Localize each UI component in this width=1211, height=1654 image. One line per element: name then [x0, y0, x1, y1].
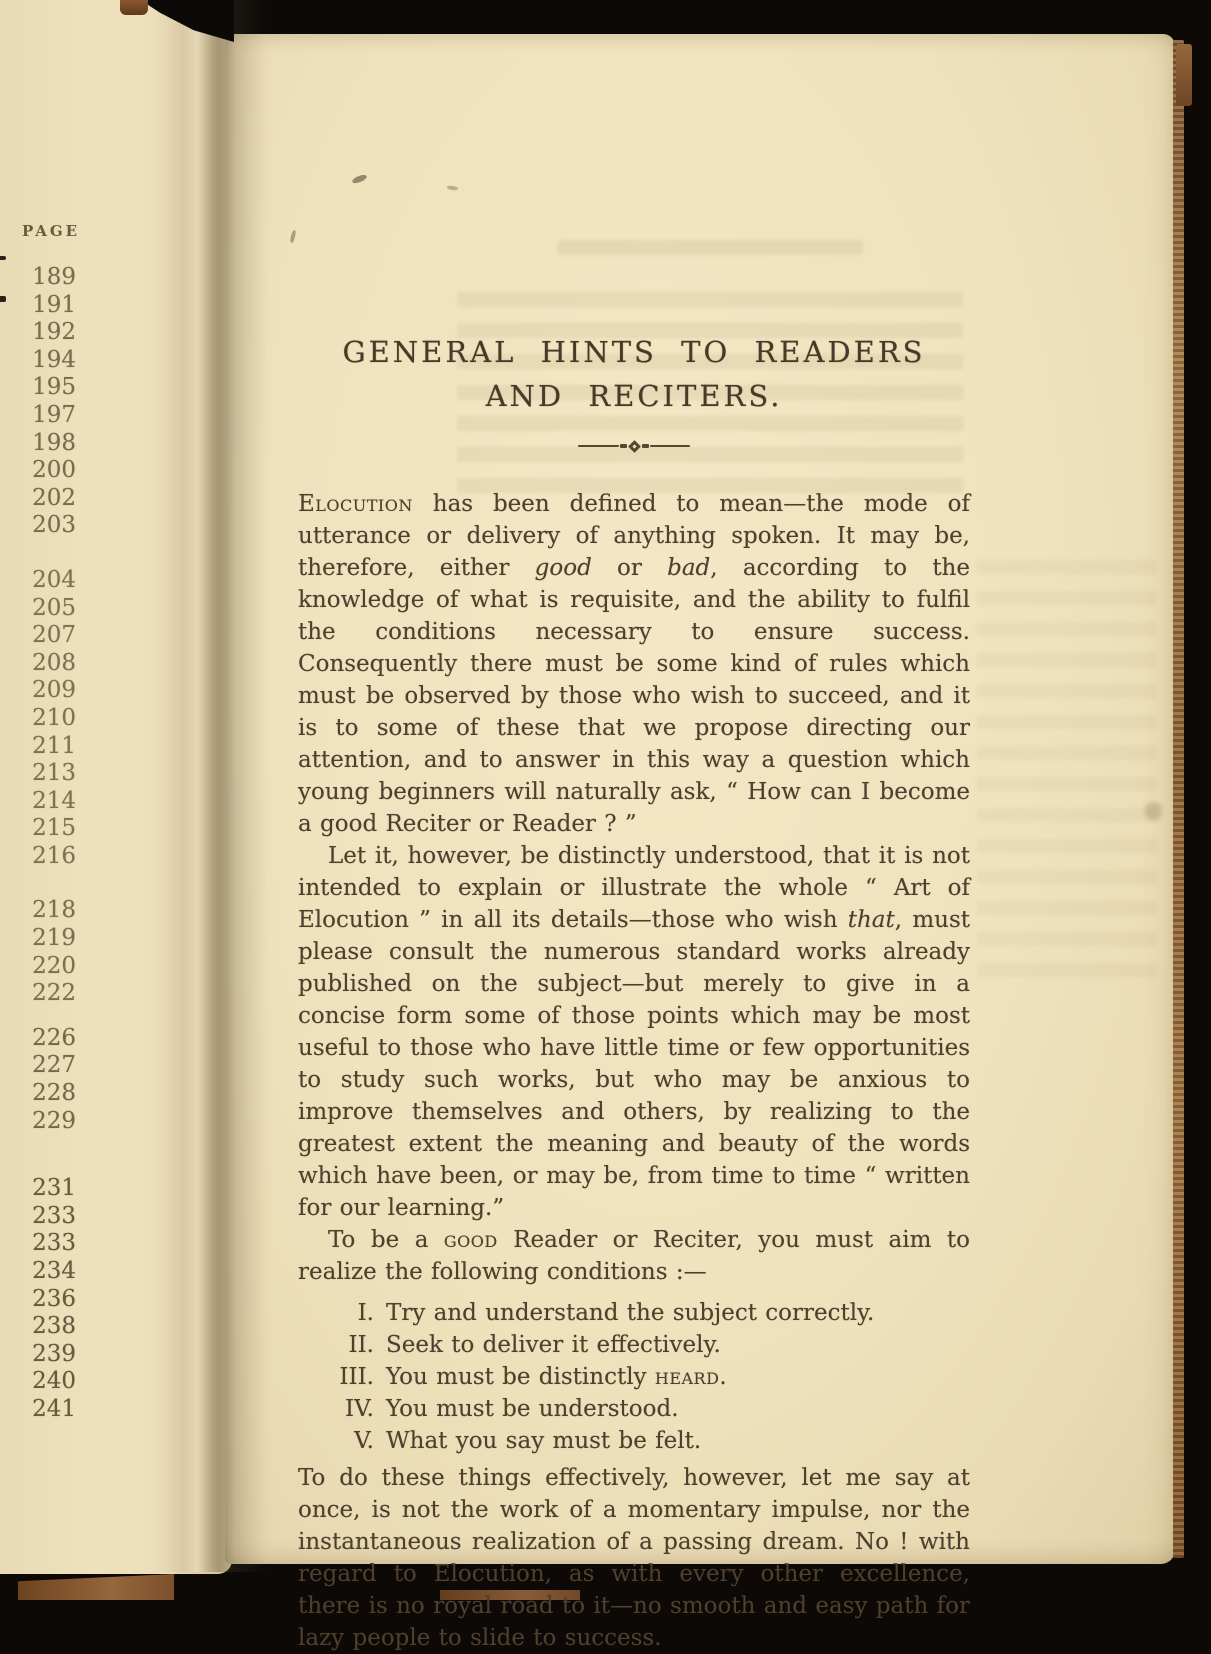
toc-page-number: 220	[14, 953, 76, 981]
toc-page-number: 209	[14, 677, 76, 705]
page-edge-tick	[0, 296, 6, 302]
ink-speck	[1145, 802, 1162, 820]
article-body: Elocution has been defined to mean—the m…	[298, 488, 970, 1600]
page-fore-edge	[1173, 40, 1184, 1558]
toc-page-number: 233	[14, 1203, 76, 1231]
list-item: I.Try and understand the subject correct…	[298, 1297, 970, 1329]
paragraph: Let it, however, be distinctly understoo…	[298, 840, 970, 1224]
list-item: II.Seek to deliver it effectively.	[298, 1329, 970, 1361]
list-item-text: Try and understand the subject correctly…	[386, 1297, 970, 1329]
text-run: To be a	[328, 1227, 444, 1253]
toc-page-number: 236	[14, 1286, 76, 1314]
book-photo: PAGE 18919119219419519719820020220320420…	[0, 0, 1211, 1600]
paragraph: To do these things effectively, however,…	[298, 1462, 970, 1600]
divider-dot	[642, 444, 649, 448]
ink-speck	[289, 230, 296, 244]
page-content: GENERAL HINTS TO READERS AND RECITERS. E…	[298, 330, 970, 1600]
toc-page-number: 208	[14, 650, 76, 678]
toc-page-number: 229	[14, 1108, 76, 1136]
toc-page-number: 238	[14, 1313, 76, 1341]
toc-page-header: PAGE	[22, 222, 80, 240]
toc-page-number: 228	[14, 1080, 76, 1108]
page-title: GENERAL HINTS TO READERS AND RECITERS.	[298, 330, 970, 418]
page-title-line2: AND RECITERS.	[298, 374, 970, 418]
toc-page-number: 219	[14, 925, 76, 953]
toc-page-number: 197	[14, 402, 76, 430]
left-page: PAGE 18919119219419519719820020220320420…	[0, 0, 232, 1574]
wood-table-edge	[18, 1574, 174, 1600]
toc-page-number: 239	[14, 1341, 76, 1369]
list-numeral: II.	[298, 1329, 386, 1361]
toc-page-number: 231	[14, 1175, 76, 1203]
diamond-ornament-icon	[628, 440, 641, 453]
list-item-text: Seek to deliver it effectively.	[386, 1329, 970, 1361]
toc-page-number: 222	[14, 980, 76, 1008]
list-numeral: V.	[298, 1425, 386, 1457]
divider-rule	[650, 445, 691, 447]
list-numeral: I.	[298, 1297, 386, 1329]
toc-page-number: 189	[14, 264, 76, 292]
toc-group: 218219220222	[14, 897, 76, 1007]
page-title-line1: GENERAL HINTS TO READERS	[298, 330, 970, 374]
text-run: You must be distinctly	[386, 1364, 655, 1390]
toc-number-column: 1891911921941951971982002022032042052072…	[14, 264, 76, 1424]
divider-rule	[578, 445, 619, 447]
text-run: You must be understood.	[386, 1396, 679, 1422]
page-edge-tick	[0, 256, 6, 260]
list-numeral: III.	[298, 1361, 386, 1393]
toc-page-number: 191	[14, 292, 76, 320]
show-through-ghost	[977, 560, 1157, 990]
toc-page-number: 234	[14, 1258, 76, 1286]
toc-page-number: 227	[14, 1052, 76, 1080]
toc-group: 226227228229	[14, 1025, 76, 1135]
toc-page-number: 202	[14, 485, 76, 513]
text-run: good	[535, 555, 592, 581]
list-item-text: You must be understood.	[386, 1393, 970, 1425]
toc-page-number: 198	[14, 430, 76, 458]
text-run: To do these things effectively, however,…	[298, 1465, 970, 1600]
text-run: What you say must be felt.	[386, 1428, 701, 1454]
text-run: bad	[667, 555, 710, 581]
list-item: IV.You must be understood.	[298, 1393, 970, 1425]
toc-page-number: 214	[14, 788, 76, 816]
toc-page-number: 226	[14, 1025, 76, 1053]
text-run: , must please consult the numerous stand…	[298, 907, 970, 1221]
list-item: III.You must be distinctly heard.	[298, 1361, 970, 1393]
paragraph: Elocution has been defined to mean—the m…	[298, 488, 970, 840]
paragraph: To be a good Reader or Reciter, you must…	[298, 1224, 970, 1288]
section-divider-ornament	[578, 439, 690, 453]
divider-dot	[620, 444, 627, 448]
toc-page-number: 192	[14, 319, 76, 347]
toc-page-number: 241	[14, 1396, 76, 1424]
toc-page-number: 195	[14, 374, 76, 402]
text-run: Try and understand the subject correctly…	[386, 1300, 874, 1326]
list-numeral: IV.	[298, 1393, 386, 1425]
ink-speck	[447, 185, 458, 190]
toc-group: 231233233234236238239240241	[14, 1175, 76, 1423]
ink-speck	[351, 173, 367, 184]
toc-page-number: 210	[14, 705, 76, 733]
toc-page-number: 218	[14, 897, 76, 925]
toc-page-number: 213	[14, 760, 76, 788]
text-run: or	[592, 555, 667, 581]
text-run: .	[719, 1364, 726, 1390]
toc-page-number: 203	[14, 512, 76, 540]
conditions-list: I.Try and understand the subject correct…	[298, 1297, 970, 1457]
toc-group: 189191192194195197198200202203	[14, 264, 76, 540]
toc-group: 204205207208209210211213214215216	[14, 567, 76, 871]
toc-page-number: 233	[14, 1230, 76, 1258]
list-item-text: You must be distinctly heard.	[386, 1361, 970, 1393]
toc-page-number: 205	[14, 595, 76, 623]
text-run: Elocution	[298, 491, 413, 517]
toc-page-number: 194	[14, 347, 76, 375]
text-run: heard	[655, 1364, 720, 1390]
toc-page-number: 215	[14, 815, 76, 843]
toc-page-number: 200	[14, 457, 76, 485]
show-through-ghost	[557, 240, 863, 255]
page-fore-edge-notch	[1176, 44, 1192, 106]
text-run: , according to the knowledge of what is …	[298, 555, 970, 837]
toc-page-number: 204	[14, 567, 76, 595]
toc-page-number: 211	[14, 733, 76, 761]
text-run: Seek to deliver it effectively.	[386, 1332, 721, 1358]
toc-page-number: 207	[14, 622, 76, 650]
right-page: GENERAL HINTS TO READERS AND RECITERS. E…	[225, 34, 1175, 1564]
list-item: V.What you say must be felt.	[298, 1425, 970, 1457]
list-item-text: What you say must be felt.	[386, 1425, 970, 1457]
text-run: that	[848, 907, 895, 933]
wood-edge	[120, 0, 148, 15]
toc-page-number: 240	[14, 1368, 76, 1396]
toc-page-number: 216	[14, 843, 76, 871]
text-run: good	[444, 1227, 498, 1253]
